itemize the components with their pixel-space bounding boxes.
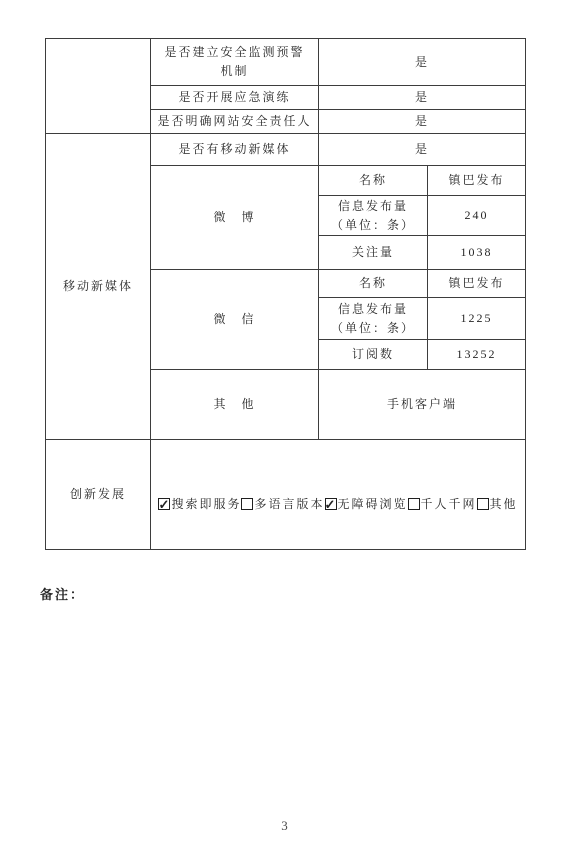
option-label: 其他 (490, 497, 518, 511)
value-weibo-posts: 240 (428, 196, 526, 236)
option-label: 多语言版本 (254, 497, 324, 511)
label-emergency-drill: 是否开展应急演练 (151, 86, 319, 110)
label-security-monitoring: 是否建立安全监测预警 机制 (151, 39, 319, 86)
checkbox-search-as-service-icon (158, 498, 170, 510)
value-wechat-name: 镇巴发布 (428, 270, 526, 298)
value-has-mobile-media: 是 (319, 134, 526, 166)
cell-wechat: 微 信 (151, 270, 319, 370)
label-weibo-followers: 关注量 (319, 236, 428, 270)
option-search-as-service: 搜索即服务 (158, 495, 241, 514)
value-weibo-name: 镇巴发布 (428, 166, 526, 196)
cell-other-media: 其 他 (151, 370, 319, 440)
section-cell-empty (46, 39, 151, 134)
value-other-media: 手机客户端 (319, 370, 526, 440)
innovation-options-cell: 搜索即服务多语言版本无障碍浏览千人千网其他 (151, 440, 526, 550)
option-label: 千人千网 (421, 497, 477, 511)
website-report-table: 是否建立安全监测预警 机制 是 是否开展应急演练 是 是否明确网站安全责任人 是… (45, 38, 526, 550)
table-row: 创新发展 搜索即服务多语言版本无障碍浏览千人千网其他 (46, 440, 526, 550)
value-wechat-subscribers: 13252 (428, 340, 526, 370)
option-accessibility-browsing: 无障碍浏览 (325, 495, 408, 514)
section-cell-innovation: 创新发展 (46, 440, 151, 550)
checkbox-multilingual-icon (241, 498, 253, 510)
notes-label: 备注： (40, 584, 85, 603)
value-weibo-followers: 1038 (428, 236, 526, 270)
page-number: 3 (0, 818, 569, 834)
option-personalized-web: 千人千网 (408, 495, 477, 514)
label-security-responsible-person: 是否明确网站安全责任人 (151, 110, 319, 134)
option-label: 无障碍浏览 (338, 497, 408, 511)
option-label: 搜索即服务 (171, 497, 241, 511)
label-wechat-subscribers: 订阅数 (319, 340, 428, 370)
value-wechat-posts: 1225 (428, 298, 526, 340)
option-multilingual: 多语言版本 (241, 495, 324, 514)
section-cell-mobile-media: 移动新媒体 (46, 134, 151, 440)
label-wechat-name: 名称 (319, 270, 428, 298)
label-weibo-name: 名称 (319, 166, 428, 196)
cell-weibo: 微 博 (151, 166, 319, 270)
value-security-monitoring: 是 (319, 39, 526, 86)
checkbox-accessibility-icon (325, 498, 337, 510)
label-has-mobile-media: 是否有移动新媒体 (151, 134, 319, 166)
label-weibo-posts: 信息发布量 （单位：条） (319, 196, 428, 236)
table-row: 是否建立安全监测预警 机制 是 (46, 39, 526, 86)
table-row: 移动新媒体 是否有移动新媒体 是 (46, 134, 526, 166)
value-security-responsible-person: 是 (319, 110, 526, 134)
label-wechat-posts: 信息发布量 （单位：条） (319, 298, 428, 340)
option-other: 其他 (477, 495, 518, 514)
checkbox-personalized-icon (408, 498, 420, 510)
checkbox-other-icon (477, 498, 489, 510)
value-emergency-drill: 是 (319, 86, 526, 110)
